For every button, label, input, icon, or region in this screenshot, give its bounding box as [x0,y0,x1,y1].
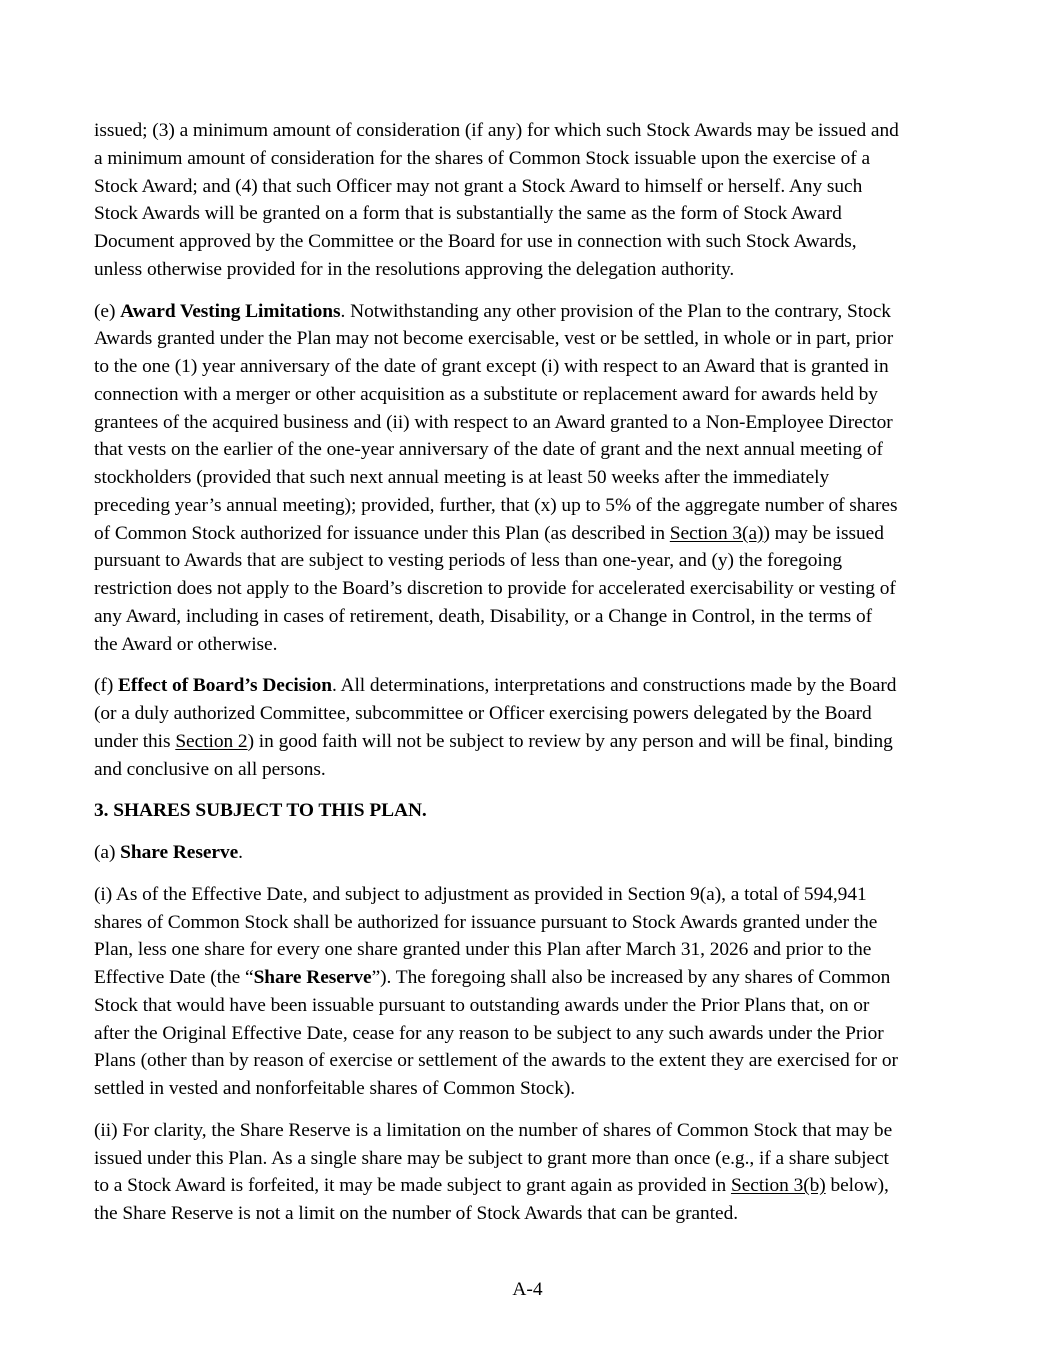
text-run: Effective Date (the “ [94,967,254,988]
paragraph-label: (a) [94,842,120,863]
paragraph-title: Effect of Board’s Decision [118,675,332,696]
text-line: Plan, less one share for every one share… [94,936,974,964]
text-line: pursuant to Awards that are subject to v… [94,547,974,575]
text-line: after the Original Effective Date, cease… [94,1020,974,1048]
paragraph-i-share-reserve: (i) As of the Effective Date, and subjec… [94,881,974,1103]
section-2-link[interactable]: Section 2 [175,731,247,752]
text-line: any Award, including in cases of retirem… [94,603,974,631]
text-line: a minimum amount of consideration for th… [94,145,974,173]
text-line: Effective Date (the “Share Reserve”). Th… [94,964,974,992]
text-line: the Award or otherwise. [94,631,974,659]
text-run: to a Stock Award is forfeited, it may be… [94,1175,731,1196]
text-line: Stock that would have been issuable purs… [94,992,974,1020]
text-line: the Share Reserve is not a limit on the … [94,1200,974,1228]
text-line: restriction does not apply to the Board’… [94,575,974,603]
text-line: (i) As of the Effective Date, and subjec… [94,881,974,909]
document-page: issued; (3) a minimum amount of consider… [94,117,974,1242]
text-line: to a Stock Award is forfeited, it may be… [94,1172,974,1200]
text-run: . All determinations, interpretations an… [332,675,896,696]
text-line: unless otherwise provided for in the res… [94,256,974,284]
paragraph-d-continuation: issued; (3) a minimum amount of consider… [94,117,974,284]
paragraph-label: (f) [94,675,118,696]
text-line: Awards granted under the Plan may not be… [94,325,974,353]
text-line: Stock Awards will be granted on a form t… [94,200,974,228]
text-line: to the one (1) year anniversary of the d… [94,353,974,381]
text-line: preceding year’s annual meeting); provid… [94,492,974,520]
paragraph-title: Share Reserve [120,842,238,863]
text-line: stockholders (provided that such next an… [94,464,974,492]
text-run: under this [94,731,175,752]
text-line: (ii) For clarity, the Share Reserve is a… [94,1117,974,1145]
text-line: that vests on the earlier of the one-yea… [94,436,974,464]
section-3-heading: 3. SHARES SUBJECT TO THIS PLAN. [94,797,974,825]
text-run: ) in good faith will not be subject to r… [248,731,893,752]
text-line: issued under this Plan. As a single shar… [94,1145,974,1173]
text-run: ) may be issued [763,523,883,544]
text-line: of Common Stock authorized for issuance … [94,520,974,548]
page-number: A-4 [0,1279,1055,1301]
defined-term: Share Reserve [254,967,372,988]
paragraph-f-effect-of-boards-decision: (f) Effect of Board’s Decision. All dete… [94,672,974,783]
text-line: issued; (3) a minimum amount of consider… [94,117,974,145]
text-line: (e) Award Vesting Limitations. Notwithst… [94,298,974,326]
text-line: (f) Effect of Board’s Decision. All dete… [94,672,974,700]
text-run: of Common Stock authorized for issuance … [94,523,670,544]
text-line: grantees of the acquired business and (i… [94,409,974,437]
section-3a-link[interactable]: Section 3(a) [670,523,764,544]
text-line: Plans (other than by reason of exercise … [94,1047,974,1075]
paragraph-ii-clarity: (ii) For clarity, the Share Reserve is a… [94,1117,974,1228]
text-run: . [238,842,243,863]
text-line: connection with a merger or other acquis… [94,381,974,409]
text-run: ”). The foregoing shall also be increase… [372,967,891,988]
text-line: (or a duly authorized Committee, subcomm… [94,700,974,728]
text-run: below), [826,1175,889,1196]
subsection-a-heading: (a) Share Reserve. [94,839,974,867]
text-run: . Notwithstanding any other provision of… [341,301,891,322]
paragraph-label: (e) [94,301,120,322]
text-line: and conclusive on all persons. [94,756,974,784]
text-line: shares of Common Stock shall be authoriz… [94,909,974,937]
text-line: Document approved by the Committee or th… [94,228,974,256]
text-line: Stock Award; and (4) that such Officer m… [94,173,974,201]
section-3b-link[interactable]: Section 3(b) [731,1175,826,1196]
paragraph-e-award-vesting-limitations: (e) Award Vesting Limitations. Notwithst… [94,298,974,659]
text-line: settled in vested and nonforfeitable sha… [94,1075,974,1103]
paragraph-title: Award Vesting Limitations [120,301,340,322]
text-line: (a) Share Reserve. [94,839,974,867]
text-line: under this Section 2) in good faith will… [94,728,974,756]
